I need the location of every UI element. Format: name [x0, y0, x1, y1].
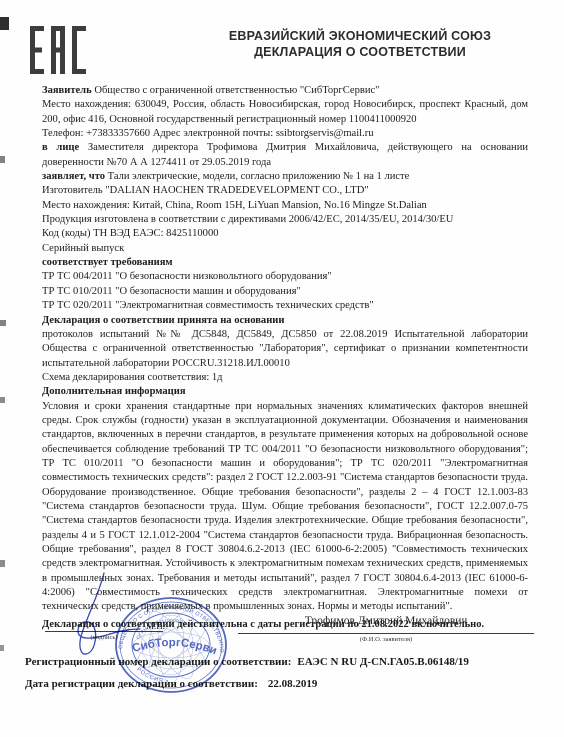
eac-mark-icon	[30, 26, 86, 74]
scan-artifact	[0, 156, 5, 163]
document-header: ЕВРАЗИЙСКИЙ ЭКОНОМИЧЕСКИЙ СОЮЗ ДЕКЛАРАЦИ…	[170, 28, 550, 60]
doc-line: ТР ТС 010/2011 "О безопасности машин и о…	[42, 285, 528, 299]
registration-number-value: ЕАЭС N RU Д-CN.ГА05.В.06148/19	[297, 656, 469, 668]
document-title: ДЕКЛАРАЦИЯ О СООТВЕТСТВИИ	[170, 44, 550, 60]
signer-caption: (Ф.И.О. заявителя)	[238, 636, 534, 643]
signer-name: Трофимов Дмитрий Михайлович	[238, 615, 534, 627]
doc-line: Схема декларирования соответствия: 1д	[42, 371, 528, 385]
scan-artifact	[0, 17, 9, 30]
document-body: Заявитель Общество с ограниченной ответс…	[42, 84, 528, 632]
doc-line: заявляет, что Тали электрические, модели…	[42, 170, 528, 184]
doc-line: Серийный выпуск	[42, 242, 528, 256]
doc-line: Продукция изготовлена в соответствии с д…	[42, 213, 528, 227]
doc-line: Место нахождения: 630049, Россия, област…	[42, 98, 528, 127]
scan-artifact	[0, 560, 5, 567]
signer-name-line	[238, 633, 534, 634]
scan-artifact	[0, 320, 6, 326]
scan-artifact	[0, 645, 4, 651]
doc-line: в лице Заместителя директора Трофимова Д…	[42, 141, 528, 170]
doc-line: Код (коды) ТН ВЭД ЕАЭС: 8425110000	[42, 227, 528, 241]
doc-line: протоколов испытаний №№ ДС5848, ДС5849, …	[42, 328, 528, 371]
scan-artifact	[0, 397, 5, 403]
doc-line: соответствует требованиям	[42, 256, 528, 270]
declaration-document: ЕВРАЗИЙСКИЙ ЭКОНОМИЧЕСКИЙ СОЮЗ ДЕКЛАРАЦИ…	[0, 0, 564, 737]
doc-line: Телефон: +73833357660 Адрес электронной …	[42, 127, 528, 141]
doc-line: ТР ТС 020/2011 "Электромагнитная совмест…	[42, 299, 528, 313]
doc-line: Декларация о соответствии принята на осн…	[42, 314, 528, 328]
union-name: ЕВРАЗИЙСКИЙ ЭКОНОМИЧЕСКИЙ СОЮЗ	[170, 28, 550, 44]
doc-line: ТР ТС 004/2011 "О безопасности низковоль…	[42, 270, 528, 284]
doc-line: Место нахождения: Китай, China, Room 15H…	[42, 199, 528, 213]
signature-scribble	[52, 571, 152, 666]
doc-line: Заявитель Общество с ограниченной ответс…	[42, 84, 528, 98]
registration-date-value: 22.08.2019	[268, 678, 318, 690]
doc-line: Изготовитель "DALIAN HAOCHEN TRADEDEVELO…	[42, 184, 528, 198]
doc-line: Дополнительная информация	[42, 385, 528, 399]
